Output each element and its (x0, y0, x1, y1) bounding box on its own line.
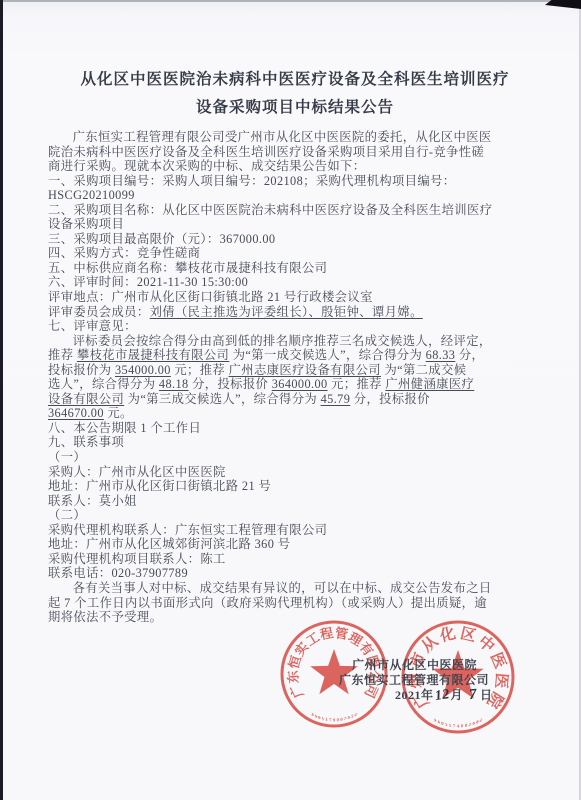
doc-line: 三、采购项目最高限价（元）：367000.00 (48, 232, 542, 247)
underlined-value: 48.18 (159, 377, 189, 391)
text-segment: 采购代理机构联系人：广东恒实工程管理有限公司 (48, 523, 327, 537)
scan-edge-left (0, 0, 3, 800)
date-year: 2021 (395, 688, 421, 702)
text-segment: 评标委员会按综合得分由高到低的排名顺序推荐三名成交候选人，经评定， (73, 334, 492, 348)
doc-line: 八、本公告期限 1 个工作日 (48, 421, 542, 436)
text-segment: 广东恒实工程管理有限公司受广州市从化区中医医院的委托，从化区中医医 (73, 130, 492, 144)
text-segment: HSCG20210099 (48, 188, 135, 202)
text-segment: 分，投标报价 (350, 392, 430, 406)
text-segment: 七、评审意见： (48, 319, 137, 333)
doc-line: 联系电话：020-37907789 (48, 566, 542, 581)
text-segment: 元；推荐 (171, 363, 229, 377)
doc-line: 评审委员会成员：刘倩（民主推选为评委组长）、殷钜钟、谭月嫦。 (48, 305, 542, 320)
text-segment: 推荐 (48, 348, 77, 362)
doc-line: 五、中标供应商名称：攀枝花市晟捷科技有限公司 (48, 261, 542, 276)
doc-line: 设备采购项目 (48, 217, 542, 232)
date-year-unit: 年 (421, 688, 434, 702)
text-segment: 九、联系事项 (48, 435, 124, 449)
date-month-unit: 月 (451, 688, 464, 702)
doc-line: 采购代理机构联系人：广东恒实工程管理有限公司 (48, 523, 542, 538)
date-month-handwritten: 12 (432, 687, 451, 705)
text-segment: 分， (455, 348, 484, 362)
doc-line: 联系人：莫小姐 (48, 494, 542, 509)
date-day-handwritten: 7 (462, 686, 480, 704)
text-segment: 三、采购项目最高限价（元）：367000.00 (48, 232, 275, 246)
text-segment: 联系电话：020-37907789 (48, 566, 188, 580)
text-segment: 设备采购项目 (48, 217, 124, 231)
doc-line: 六、评审时间：2021-11-30 15:30:00 (48, 275, 542, 290)
doc-line: 选人”，综合得分为 48.18 分，投标报价 364000.00 元；推荐 广州… (48, 377, 542, 392)
text-segment: 评审委员会成员： (48, 305, 150, 319)
underlined-value: 攀枝花市晟捷科技有限公司 (77, 348, 229, 362)
svg-text:0: 0 (461, 723, 464, 728)
date-day-unit: 日 (480, 688, 493, 702)
doc-line: 四、采购方式：竞争性磋商 (48, 246, 542, 261)
text-segment: 评审地点：广州市从化区街口街镇北路 21 号行政楼会议室 (48, 290, 373, 304)
doc-line: 七、评审意见： (48, 319, 542, 334)
text-segment: 二、采购项目名称：从化区中医医院治未病科中医医疗设备及全科医生培训医疗 (48, 203, 492, 217)
doc-line: 采购人：广州市从化区中医医院 (48, 465, 542, 480)
doc-line: HSCG20210099 (48, 188, 542, 203)
text-segment: 地址：广州市从化区街口街镇北路 21 号 (48, 479, 271, 493)
svg-text:程: 程 (319, 625, 335, 642)
text-segment: 八、本公告期限 1 个工作日 (48, 421, 201, 435)
text-segment: 院治未病科中医医疗设备及全科医生培训医疗设备采购项目采用自行-竞争性磋 (48, 145, 484, 159)
underlined-value: 广州健涵康医疗 (385, 377, 474, 391)
text-segment: （一） (48, 450, 86, 464)
doc-line: 设备有限公司 为“第三成交候选人”，综合得分为 45.79 分，投标报价 (48, 392, 542, 407)
underlined-value: 广州志康医疗设备有限公司 (229, 363, 381, 377)
text-segment: 地址：广州市从化区城郊街河滨北路 360 号 (48, 537, 290, 551)
scan-corner-artifact (545, 0, 581, 9)
text-segment: 起 7 个工作日内以书面形式向（政府采购代理机构）（或采购人）提出质疑，逾 (48, 596, 487, 610)
doc-title-line2: 设备采购项目中标结果公告 (48, 94, 542, 122)
svg-text:区: 区 (459, 624, 479, 645)
svg-text:7: 7 (329, 717, 332, 722)
text-segment: 投标报价为 (48, 363, 115, 377)
text-segment: 四、采购方式：竞争性磋商 (48, 246, 200, 260)
announcement-body: 从化区中医医院治未病科中医医疗设备及全科医生培训医疗 设备采购项目中标结果公告 … (48, 66, 542, 625)
doc-line: 商进行采购。现就本次采购的中标、成交结果公告如下： (48, 159, 542, 174)
svg-text:3: 3 (353, 712, 358, 718)
underlined-value: 354000.00 (115, 363, 171, 377)
svg-text:2: 2 (479, 718, 484, 724)
underlined-value: 45.79 (321, 392, 351, 406)
doc-line: 评审地点：广州市从化区街口街镇北路 21 号行政楼会议室 (48, 290, 542, 305)
svg-text:9: 9 (333, 718, 336, 723)
doc-line: 评标委员会按综合得分由高到低的排名顺序推荐三名成交候选人，经评定， (48, 334, 542, 349)
underlined-value: 364670.00 (48, 406, 104, 420)
doc-line: 广东恒实工程管理有限公司受广州市从化区中医医院的委托，从化区中医医 (48, 130, 542, 145)
text-segment: 五、中标供应商名称：攀枝花市晟捷科技有限公司 (48, 261, 327, 275)
doc-line: （二） (48, 508, 542, 523)
doc-line: 一、采购项目编号：采购人项目编号：202108；采购代理机构项目编号： (48, 174, 542, 189)
text-segment: 元。 (104, 406, 133, 420)
text-segment: 商进行采购。现就本次采购的中标、成交结果公告如下： (48, 159, 365, 173)
doc-line: 投标报价为 354000.00 元；推荐 广州志康医疗设备有限公司 为“第二成交… (48, 363, 542, 378)
text-segment: 为“第二成交候 (381, 363, 467, 377)
doc-line: 364670.00 元。 (48, 406, 542, 421)
doc-line: （一） (48, 450, 542, 465)
doc-title-line1: 从化区中医医院治未病科中医医疗设备及全科医生培训医疗 (48, 66, 542, 94)
underlined-value: 刘倩（民主推选为评委组长）、殷钜钟、谭月嫦。 (150, 305, 423, 319)
doc-line: 二、采购项目名称：从化区中医医院治未病科中医医疗设备及全科医生培训医疗 (48, 203, 542, 218)
text-segment: 为“第一成交候选人”，综合得分为 (229, 348, 425, 362)
text-segment: 一、采购项目编号：采购人项目编号：202108；采购代理机构项目编号： (48, 174, 456, 188)
svg-text:东: 东 (285, 670, 301, 684)
doc-text-lines: 广东恒实工程管理有限公司受广州市从化区中医医院的委托，从化区中医医院治未病科中医… (48, 130, 542, 625)
text-segment: 期将依法不予受理。 (48, 610, 162, 624)
doc-line: 推荐 攀枝花市晟捷科技有限公司 为“第一成交候选人”，综合得分为 68.33 分… (48, 348, 542, 363)
svg-text:广: 广 (287, 682, 306, 700)
doc-line: 地址：广州市从化区城郊街河滨北路 360 号 (48, 537, 542, 552)
text-segment: 六、评审时间：2021-11-30 15:30:00 (48, 275, 248, 289)
doc-line: 院治未病科中医医疗设备及全科医生培训医疗设备采购项目采用自行-竞争性磋 (48, 145, 542, 160)
svg-text:4: 4 (457, 724, 460, 729)
scanned-document-page: 从化区中医医院治未病科中医医疗设备及全科医生培训医疗 设备采购项目中标结果公告 … (0, 0, 581, 800)
text-segment: 采购人：广州市从化区中医医院 (48, 465, 226, 479)
svg-text:7: 7 (453, 723, 456, 728)
text-segment: 选人”，综合得分为 (48, 377, 159, 391)
text-segment: 元；推荐 (328, 377, 386, 391)
text-segment: 为“第三成交候选人”，综合得分为 (124, 392, 320, 406)
doc-line: 各有关当事人对中标、成交结果有异议的，可以在中标、成交公告发布之日 (48, 581, 542, 596)
text-segment: （二） (48, 508, 86, 522)
underlined-value: 设备有限公司 (48, 392, 124, 406)
underlined-value: 364000.00 (272, 377, 328, 391)
text-segment: 联系人：莫小姐 (48, 494, 137, 508)
text-segment: 采购代理机构项目联系人：陈工 (48, 552, 226, 566)
text-segment: 分，投标报价 (189, 377, 272, 391)
doc-line: 九、联系事项 (48, 435, 542, 450)
underlined-value: 68.33 (426, 348, 456, 362)
doc-line: 采购代理机构项目联系人：陈工 (48, 552, 542, 567)
text-segment: 各有关当事人对中标、成交结果有异议的，可以在中标、成交公告发布之日 (73, 581, 492, 595)
scan-edge-top (0, 0, 581, 2)
signature-date: 2021年12月7日 (395, 686, 493, 704)
doc-line: 起 7 个工作日内以书面形式向（政府采购代理机构）（或采购人）提出质疑，逾 (48, 596, 542, 611)
doc-line: 地址：广州市从化区街口街镇北路 21 号 (48, 479, 542, 494)
svg-text:医: 医 (492, 672, 511, 689)
